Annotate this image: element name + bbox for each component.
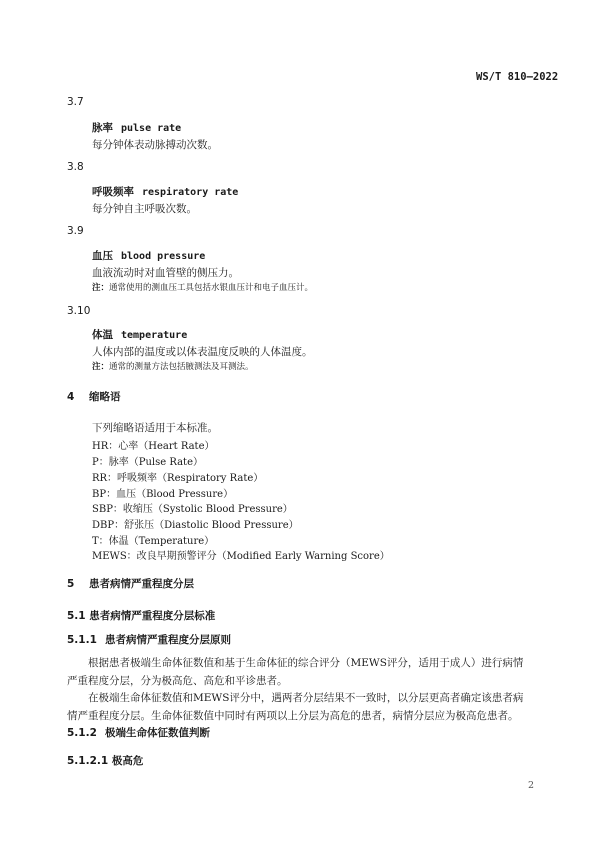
section-number: 5 — [67, 578, 89, 590]
subsection-heading: 5.1.2.1 极高危 — [67, 753, 143, 768]
clause-number: 3.8 — [67, 161, 84, 173]
term-definition: 人体内部的温度或以体表温度反映的人体温度。 — [92, 344, 313, 359]
term-zh: 脉率 — [92, 122, 113, 134]
term-definition: 每分钟体表动脉搏动次数。 — [92, 137, 218, 152]
term-note: 注：通常的测量方法包括腋测法及耳测法。 — [92, 360, 254, 372]
abbreviation-item: P：脉率（Pulse Rate） — [92, 453, 203, 468]
term-heading: 呼吸频率respiratory rate — [92, 184, 238, 199]
clause-number: 3.9 — [67, 225, 84, 237]
term-en: pulse rate — [121, 123, 181, 134]
clause-number: 3.7 — [67, 96, 84, 108]
standard-id: WS/T 810—2022 — [476, 71, 558, 83]
clause-number: 3.10 — [67, 305, 90, 317]
term-heading: 脉率pulse rate — [92, 120, 181, 135]
term-zh: 血压 — [92, 250, 113, 262]
term-note: 注：通常使用的测血压工具包括水银血压计和电子血压计。 — [92, 281, 313, 293]
subsection-heading: 5.1 患者病情严重程度分层标准 — [67, 608, 215, 623]
abbreviation-item: RR：呼吸频率（Respiratory Rate） — [92, 469, 263, 484]
subsection-title: 极端生命体征数值判断 — [105, 727, 210, 739]
subsection-number: 5.1 — [67, 610, 86, 622]
section-title: 缩略语 — [89, 391, 121, 403]
note-label: 注： — [92, 362, 109, 372]
abbreviations-intro: 下列缩略语适用于本标准。 — [92, 420, 218, 435]
subsection-number: 5.1.2 — [67, 727, 105, 739]
term-en: blood pressure — [121, 251, 205, 262]
subsection-heading: 5.1.1患者病情严重程度分层原则 — [67, 632, 231, 647]
paragraph: 根据患者极端生命体征数值和基于生命体征的综合评分（MEWS评分，适用于成人）进行… — [67, 654, 527, 690]
section-number: 4 — [67, 391, 89, 403]
abbreviation-item: BP：血压（Blood Pressure） — [92, 485, 233, 500]
paragraph: 在极端生命体征数值和MEWS评分中，遇两者分层结果不一致时，以分层更高者确定该患… — [67, 689, 527, 725]
term-zh: 体温 — [92, 329, 113, 341]
abbreviation-item: MEWS：改良早期预警评分（Modified Early Warning Sco… — [92, 547, 390, 562]
subsection-heading: 5.1.2极端生命体征数值判断 — [67, 725, 210, 740]
subsection-title: 患者病情严重程度分层原则 — [105, 634, 231, 646]
subsection-title: 患者病情严重程度分层标准 — [89, 610, 215, 622]
section-title: 患者病情严重程度分层 — [89, 578, 194, 590]
term-en: temperature — [121, 330, 187, 341]
section-heading: 4缩略语 — [67, 389, 121, 404]
term-zh: 呼吸频率 — [92, 186, 134, 198]
term-definition: 血液流动时对血管壁的侧压力。 — [92, 265, 239, 280]
term-heading: 血压blood pressure — [92, 248, 205, 263]
subsection-number: 5.1.2.1 — [67, 755, 108, 767]
term-en: respiratory rate — [142, 187, 238, 198]
abbreviation-item: SBP：收缩压（Systolic Blood Pressure） — [92, 500, 293, 515]
abbreviation-item: HR：心率（Heart Rate） — [92, 437, 215, 452]
abbreviation-item: DBP：舒张压（Diastolic Blood Pressure） — [92, 516, 299, 531]
subsection-number: 5.1.1 — [67, 634, 105, 646]
page-number: 2 — [528, 780, 534, 791]
note-text: 通常使用的测血压工具包括水银血压计和电子血压计。 — [109, 283, 313, 293]
abbreviation-item: T：体温（Temperature） — [92, 532, 214, 547]
term-heading: 体温temperature — [92, 327, 187, 342]
note-text: 通常的测量方法包括腋测法及耳测法。 — [109, 362, 254, 372]
term-definition: 每分钟自主呼吸次数。 — [92, 201, 197, 216]
section-heading: 5患者病情严重程度分层 — [67, 576, 194, 591]
note-label: 注： — [92, 283, 109, 293]
subsection-title: 极高危 — [112, 755, 144, 767]
